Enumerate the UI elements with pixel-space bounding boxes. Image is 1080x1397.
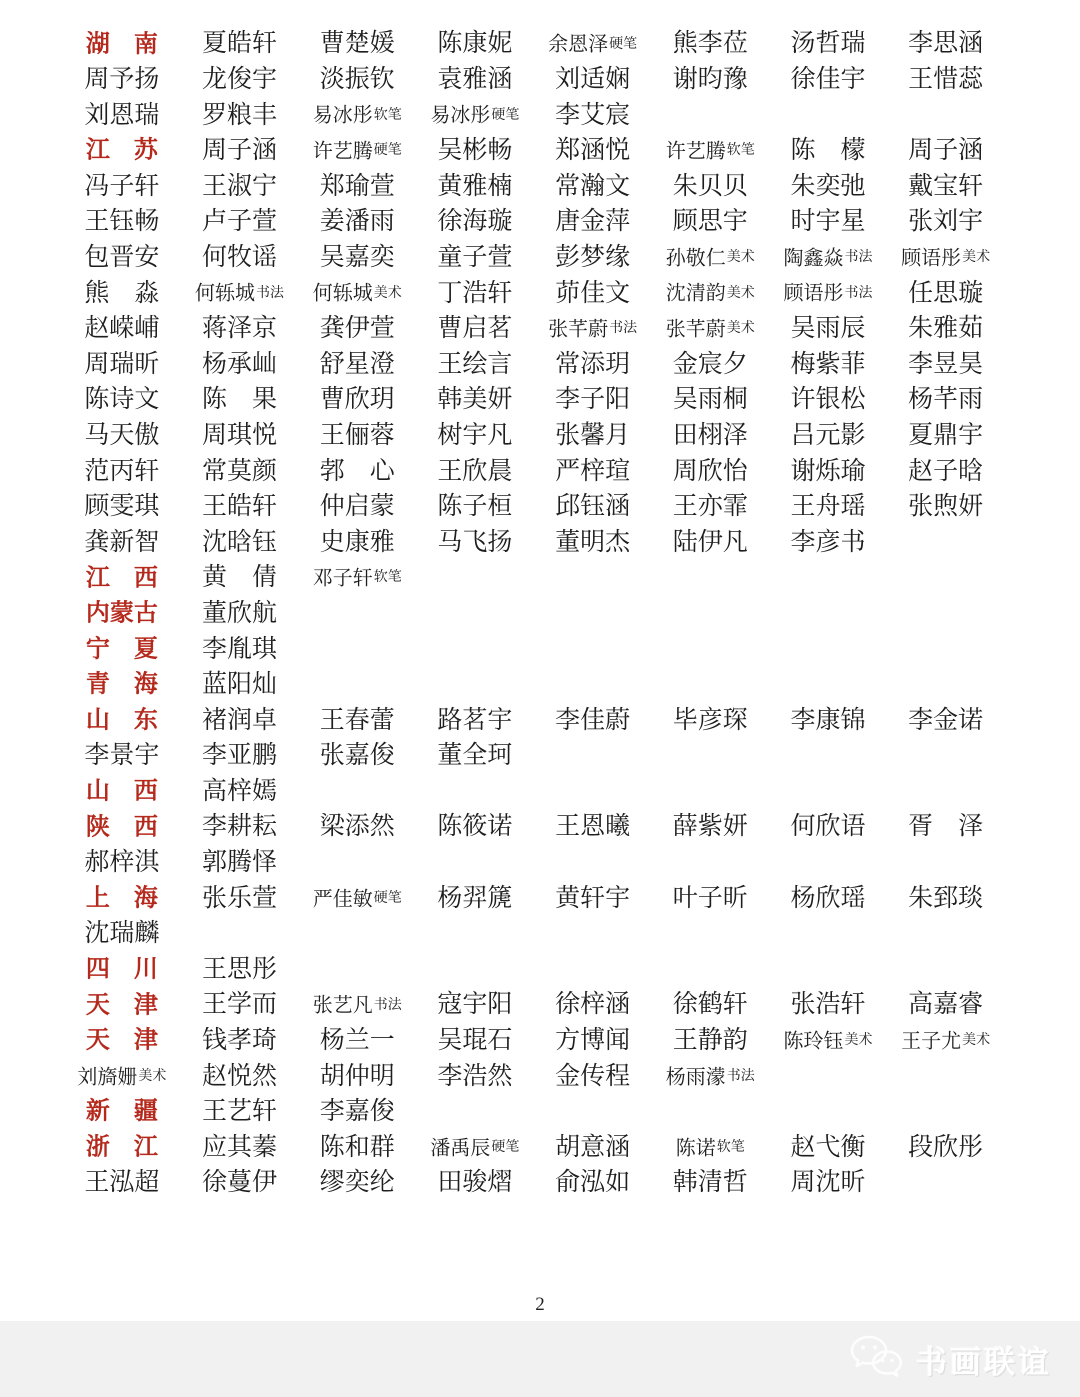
watermark: 书画联谊 <box>848 1334 1052 1385</box>
name-text: 曹欣玥 <box>320 386 395 413</box>
category-suffix: 美术 <box>726 286 755 301</box>
name-text: 赵子晗 <box>908 457 983 484</box>
roster-row: 宁 夏李胤琪 <box>63 630 1005 666</box>
name-text: 淡振钦 <box>320 66 395 93</box>
category-suffix: 书法 <box>726 1069 755 1084</box>
name-text: 易冰彤 <box>430 105 490 127</box>
name-text: 马飞扬 <box>437 528 512 555</box>
student-name: 陈 檬 <box>769 136 887 163</box>
student-name: 吴雨辰 <box>769 314 887 341</box>
document-page: 湖 南夏皓轩曹楚媛陈康妮余恩泽硬笔熊李莅汤哲瑞李思涵周予扬龙俊宇淡振钦袁雅涵刘适… <box>0 0 1080 1397</box>
student-name: 汤哲瑞 <box>769 29 887 56</box>
name-text: 袁雅涵 <box>437 66 512 93</box>
student-name: 应其蓁 <box>181 1133 299 1160</box>
student-name: 杨兰一 <box>298 1026 416 1053</box>
name-text: 茆佳文 <box>555 279 630 306</box>
student-name: 包晋安 <box>63 243 181 270</box>
roster-row: 江 苏周子涵许艺腾硬笔吴彬畅郑涵悦许艺腾软笔陈 檬周子涵 <box>63 132 1005 168</box>
student-name: 谢烁瑜 <box>769 457 887 484</box>
student-name: 茆佳文 <box>534 279 652 306</box>
student-name: 缪奕纶 <box>298 1168 416 1195</box>
roster-row: 湖 南夏皓轩曹楚媛陈康妮余恩泽硬笔熊李莅汤哲瑞李思涵 <box>63 25 1005 61</box>
student-name: 叶子昕 <box>651 884 769 911</box>
name-text: 常添玥 <box>555 351 630 378</box>
name-text: 黄雅楠 <box>437 173 512 200</box>
name-text: 王惜蕊 <box>908 66 983 93</box>
category-suffix: 书法 <box>843 286 872 301</box>
student-name: 陈诗文 <box>63 385 181 412</box>
category-suffix: 书法 <box>373 998 402 1013</box>
student-name: 何轹城书法 <box>181 279 299 304</box>
student-name: 毕彦琛 <box>651 706 769 733</box>
student-name: 杨芊雨 <box>887 385 1005 412</box>
roster-row: 包晋安何牧谣吴嘉奕童子萱彭梦缘孙敬仁美术陶鑫焱书法顾语彤美术 <box>63 239 1005 275</box>
student-name: 夏鼎宇 <box>887 421 1005 448</box>
name-text: 叶子昕 <box>673 884 748 911</box>
student-name: 周瑞昕 <box>63 350 181 377</box>
name-text: 罗粮丰 <box>202 101 277 128</box>
student-name: 王俪蓉 <box>298 421 416 448</box>
student-name: 董欣航 <box>181 599 299 626</box>
name-text: 王子尤 <box>901 1030 961 1052</box>
student-name: 王欣晨 <box>416 457 534 484</box>
student-name: 郑瑜萱 <box>298 172 416 199</box>
student-name: 许艺腾硬笔 <box>298 137 416 162</box>
student-name: 常添玥 <box>534 350 652 377</box>
student-name: 何欣语 <box>769 812 887 839</box>
student-name: 陈 果 <box>181 385 299 412</box>
roster-row: 陈诗文陈 果曹欣玥韩美妍李子阳吴雨桐许银松杨芊雨 <box>63 381 1005 417</box>
student-name: 余恩泽硬笔 <box>534 30 652 55</box>
province-label: 山 西 <box>63 777 181 803</box>
name-text: 王淑宁 <box>202 173 277 200</box>
name-text: 顾语彤 <box>901 247 961 269</box>
name-text: 韩清哲 <box>673 1169 748 1196</box>
student-name: 路茗宇 <box>416 706 534 733</box>
student-name: 徐鹤轩 <box>651 990 769 1017</box>
student-name: 李景宇 <box>63 741 181 768</box>
name-text: 何轹城 <box>195 283 255 305</box>
name-text: 孙敬仁 <box>666 247 726 269</box>
name-text: 陆伊凡 <box>673 528 748 555</box>
name-text: 天 津 <box>86 1027 158 1054</box>
name-text: 郝梓淇 <box>84 849 159 876</box>
student-name: 李亚鹏 <box>181 741 299 768</box>
student-name: 高嘉睿 <box>887 990 1005 1017</box>
name-text: 刘恩瑞 <box>84 101 159 128</box>
student-name: 黄雅楠 <box>416 172 534 199</box>
name-text: 朱郅琰 <box>908 884 983 911</box>
name-text: 陈诺 <box>676 1137 716 1159</box>
student-name: 谢昀豫 <box>651 65 769 92</box>
name-text: 王春蕾 <box>320 706 395 733</box>
name-text: 内蒙古 <box>86 599 158 626</box>
student-name: 许艺腾软笔 <box>651 137 769 162</box>
name-text: 钱孝琦 <box>202 1027 277 1054</box>
student-name: 王学而 <box>181 990 299 1017</box>
student-name: 王皓轩 <box>181 492 299 519</box>
name-text: 胡仲明 <box>320 1062 395 1089</box>
student-name: 朱贝贝 <box>651 172 769 199</box>
name-text: 常瀚文 <box>555 173 630 200</box>
roster-row: 天 津王学而张艺凡书法寇宇阳徐梓涵徐鹤轩张浩轩高嘉睿 <box>63 986 1005 1022</box>
name-text: 方博闻 <box>555 1027 630 1054</box>
name-text: 夏皓轩 <box>202 30 277 57</box>
name-text: 李佳蔚 <box>555 706 630 733</box>
student-name: 周予扬 <box>63 65 181 92</box>
student-name: 仲启蒙 <box>298 492 416 519</box>
name-text: 王学而 <box>202 991 277 1018</box>
name-text: 董欣航 <box>202 600 277 627</box>
name-text: 张浩轩 <box>790 991 865 1018</box>
roster-row: 江 西黄 倩邓子轩软笔 <box>63 559 1005 595</box>
name-text: 沈晗钰 <box>202 528 277 555</box>
student-name: 梅紫菲 <box>769 350 887 377</box>
student-name: 马天傲 <box>63 421 181 448</box>
province-label: 天 津 <box>63 991 181 1017</box>
student-name: 杨羿篪 <box>416 884 534 911</box>
name-text: 李思涵 <box>908 30 983 57</box>
province-label: 天 津 <box>63 1026 181 1052</box>
name-text: 周子涵 <box>202 137 277 164</box>
name-text: 龚新智 <box>84 528 159 555</box>
name-text: 高嘉睿 <box>908 991 983 1018</box>
student-name: 史康雅 <box>298 528 416 555</box>
name-text: 易冰彤 <box>313 105 373 127</box>
name-text: 王亦霏 <box>673 493 748 520</box>
student-name: 徐蔓伊 <box>181 1168 299 1195</box>
name-text: 熊李莅 <box>673 30 748 57</box>
name-text: 吴雨辰 <box>790 315 865 342</box>
student-name: 董全珂 <box>416 741 534 768</box>
wechat-icon <box>848 1334 906 1385</box>
roster-row: 王泓超徐蔓伊缪奕纶田骏熠俞泓如韩清哲周沈昕 <box>63 1164 1005 1200</box>
name-text: 许艺腾 <box>666 140 726 162</box>
name-text: 上 海 <box>86 884 158 911</box>
student-name: 段欣彤 <box>887 1133 1005 1160</box>
student-name: 李艾宸 <box>534 101 652 128</box>
name-text: 胥 泽 <box>908 813 983 840</box>
name-text: 浙 江 <box>86 1133 158 1160</box>
name-text: 王钰畅 <box>84 208 159 235</box>
student-name: 戴宝轩 <box>887 172 1005 199</box>
province-label: 湖 南 <box>63 30 181 56</box>
student-name: 王静韵 <box>651 1026 769 1053</box>
name-text: 顾雯琪 <box>84 493 159 520</box>
name-text: 高梓嫣 <box>202 778 277 805</box>
student-name: 何牧谣 <box>181 243 299 270</box>
student-name: 田栩泽 <box>651 421 769 448</box>
name-text: 常莫颜 <box>202 457 277 484</box>
name-text: 张芊蔚 <box>666 318 726 340</box>
name-text: 时宇星 <box>790 208 865 235</box>
name-text: 杨承屾 <box>202 351 277 378</box>
name-text: 刘适娴 <box>555 66 630 93</box>
student-name: 陈和群 <box>298 1133 416 1160</box>
student-name: 刘恩瑞 <box>63 101 181 128</box>
student-name: 金传程 <box>534 1062 652 1089</box>
student-name: 张芊蔚书法 <box>534 315 652 340</box>
name-text: 夏鼎宇 <box>908 422 983 449</box>
student-name: 李子阳 <box>534 385 652 412</box>
student-name: 彭梦缘 <box>534 243 652 270</box>
name-text: 徐梓涵 <box>555 991 630 1018</box>
student-name: 杨承屾 <box>181 350 299 377</box>
student-name: 王惜蕊 <box>887 65 1005 92</box>
roster-row: 顾雯琪王皓轩仲启蒙陈子桓邱钰涵王亦霏王舟瑶张煦妍 <box>63 488 1005 524</box>
name-text: 何欣语 <box>790 813 865 840</box>
name-text: 童子萱 <box>437 244 512 271</box>
name-text: 朱奕弛 <box>790 173 865 200</box>
student-name: 何轹城美术 <box>298 279 416 304</box>
student-name: 王亦霏 <box>651 492 769 519</box>
roster-row: 周予扬龙俊宇淡振钦袁雅涵刘适娴谢昀豫徐佳宇王惜蕊 <box>63 61 1005 97</box>
student-name: 朱奕弛 <box>769 172 887 199</box>
name-text: 戴宝轩 <box>908 173 983 200</box>
name-text: 许银松 <box>790 386 865 413</box>
student-name: 张馨月 <box>534 421 652 448</box>
name-text: 薛紫妍 <box>673 813 748 840</box>
name-text: 谢昀豫 <box>673 66 748 93</box>
name-text: 龙俊宇 <box>202 66 277 93</box>
student-name: 许银松 <box>769 385 887 412</box>
roster-row: 青 海蓝阳灿 <box>63 666 1005 702</box>
student-name: 徐海璇 <box>416 207 534 234</box>
name-text: 谢烁瑜 <box>790 457 865 484</box>
name-text: 天 津 <box>86 991 158 1018</box>
category-suffix: 硬笔 <box>373 891 402 906</box>
name-text: 沈清韵 <box>666 283 726 305</box>
student-name: 王思彤 <box>181 955 299 982</box>
name-text: 严梓瑄 <box>555 457 630 484</box>
student-name: 李金诺 <box>887 706 1005 733</box>
name-text: 朱贝贝 <box>673 173 748 200</box>
name-text: 郭腾怿 <box>202 849 277 876</box>
student-name: 褚润卓 <box>181 706 299 733</box>
student-name: 严佳敏硬笔 <box>298 885 416 910</box>
province-label: 青 海 <box>63 670 181 696</box>
roster-row: 马天傲周琪悦王俪蓉树宇凡张馨月田栩泽吕元影夏鼎宇 <box>63 417 1005 453</box>
name-text: 郑涵悦 <box>555 137 630 164</box>
name-text: 陕 西 <box>86 813 158 840</box>
name-text: 严佳敏 <box>313 888 373 910</box>
student-name: 张乐萱 <box>181 884 299 911</box>
name-text: 江 苏 <box>86 137 158 164</box>
roster-row: 陕 西李耕耘梁添然陈筱诺王恩曦薛紫妍何欣语胥 泽 <box>63 808 1005 844</box>
category-suffix: 软笔 <box>373 570 402 585</box>
roster-row: 新 疆王艺轩李嘉俊 <box>63 1093 1005 1129</box>
name-text: 史康雅 <box>320 528 395 555</box>
name-text: 曹楚媛 <box>320 30 395 57</box>
name-text: 吴彬畅 <box>437 137 512 164</box>
roster-row: 周瑞昕杨承屾舒星澄王绘言常添玥金宸夕梅紫菲李昱昊 <box>63 345 1005 381</box>
roster-row: 沈瑞麟 <box>63 915 1005 951</box>
province-label: 新 疆 <box>63 1097 181 1123</box>
footer-bar: 书画联谊 <box>0 1321 1080 1397</box>
name-text: 卢子萱 <box>202 208 277 235</box>
province-label: 四 川 <box>63 955 181 981</box>
roster-row: 刘恩瑞罗粮丰易冰彤软笔易冰彤硬笔李艾宸 <box>63 96 1005 132</box>
name-text: 许艺腾 <box>313 140 373 162</box>
student-name: 韩美妍 <box>416 385 534 412</box>
name-text: 毕彦琛 <box>673 706 748 733</box>
student-name: 郣 心 <box>298 457 416 484</box>
watermark-text: 书画联谊 <box>916 1337 1052 1382</box>
name-text: 邱钰涵 <box>555 493 630 520</box>
name-text: 任思璇 <box>908 279 983 306</box>
roster-row: 四 川王思彤 <box>63 950 1005 986</box>
student-name: 陈康妮 <box>416 29 534 56</box>
name-text: 张煦妍 <box>908 493 983 520</box>
student-name: 刘旖姗美术 <box>63 1063 181 1088</box>
name-text: 韩美妍 <box>437 386 512 413</box>
student-name: 沈清韵美术 <box>651 279 769 304</box>
name-text: 仲启蒙 <box>320 493 395 520</box>
student-name: 周子涵 <box>181 136 299 163</box>
name-text: 李康锦 <box>790 706 865 733</box>
roster-row: 内蒙古董欣航 <box>63 595 1005 631</box>
category-suffix: 硬笔 <box>490 108 519 123</box>
student-name: 张煦妍 <box>887 492 1005 519</box>
name-text: 赵悦然 <box>202 1062 277 1089</box>
name-text: 王皓轩 <box>202 493 277 520</box>
student-name: 李耕耘 <box>181 812 299 839</box>
category-suffix: 美术 <box>961 250 990 265</box>
name-text: 梅紫菲 <box>790 351 865 378</box>
name-text: 姜潘雨 <box>320 208 395 235</box>
student-name: 李浩然 <box>416 1062 534 1089</box>
category-suffix: 美术 <box>137 1069 166 1084</box>
name-text: 熊 淼 <box>84 279 159 306</box>
student-name: 马飞扬 <box>416 528 534 555</box>
student-name: 张嘉俊 <box>298 741 416 768</box>
name-text: 杨芊雨 <box>908 386 983 413</box>
name-text: 丁浩轩 <box>437 279 512 306</box>
name-text: 吴嘉奕 <box>320 244 395 271</box>
name-text: 曹启茗 <box>437 315 512 342</box>
name-text: 陈子桓 <box>437 493 512 520</box>
student-name: 范丙轩 <box>63 457 181 484</box>
province-label: 江 苏 <box>63 136 181 162</box>
name-text: 山 东 <box>86 706 158 733</box>
student-name: 胥 泽 <box>887 812 1005 839</box>
student-name: 周子涵 <box>887 136 1005 163</box>
name-text: 李昱昊 <box>908 351 983 378</box>
student-name: 刘适娴 <box>534 65 652 92</box>
student-name: 俞泓如 <box>534 1168 652 1195</box>
name-text: 杨欣瑶 <box>790 884 865 911</box>
student-name: 蓝阳灿 <box>181 670 299 697</box>
name-text: 田栩泽 <box>673 422 748 449</box>
name-text: 陶鑫焱 <box>783 247 843 269</box>
name-text: 郑瑜萱 <box>320 173 395 200</box>
name-text: 路茗宇 <box>437 706 512 733</box>
name-text: 何轹城 <box>313 283 373 305</box>
student-name: 陈筱诺 <box>416 812 534 839</box>
name-text: 湖 南 <box>86 30 158 57</box>
name-text: 吴雨桐 <box>673 386 748 413</box>
name-text: 蒋泽京 <box>202 315 277 342</box>
student-name: 罗粮丰 <box>181 101 299 128</box>
student-name: 李思涵 <box>887 29 1005 56</box>
student-name: 吴彬畅 <box>416 136 534 163</box>
student-name: 方博闻 <box>534 1026 652 1053</box>
name-text: 陈和群 <box>320 1134 395 1161</box>
name-text: 王恩曦 <box>555 813 630 840</box>
name-text: 赵弋衡 <box>790 1134 865 1161</box>
student-name: 陆伊凡 <box>651 528 769 555</box>
student-name: 李彦书 <box>769 528 887 555</box>
roster-row: 王钰畅卢子萱姜潘雨徐海璇唐金萍顾思宇时宇星张刘宇 <box>63 203 1005 239</box>
name-text: 刘旖姗 <box>77 1066 137 1088</box>
student-name: 树宇凡 <box>416 421 534 448</box>
name-text: 龚伊萱 <box>320 315 395 342</box>
student-name: 顾语彤书法 <box>769 279 887 304</box>
student-name: 李嘉俊 <box>298 1097 416 1124</box>
student-name: 周琪悦 <box>181 421 299 448</box>
name-text: 徐佳宇 <box>790 66 865 93</box>
name-text: 顾思宇 <box>673 208 748 235</box>
student-name: 张艺凡书法 <box>298 991 416 1016</box>
student-name: 郝梓淇 <box>63 848 181 875</box>
student-name: 胡仲明 <box>298 1062 416 1089</box>
name-text: 李亚鹏 <box>202 742 277 769</box>
name-text: 王静韵 <box>673 1027 748 1054</box>
name-text: 汤哲瑞 <box>790 30 865 57</box>
name-text: 陈康妮 <box>437 30 512 57</box>
province-label: 上 海 <box>63 884 181 910</box>
student-name: 黄 倩 <box>181 563 299 590</box>
category-suffix: 美术 <box>961 1033 990 1048</box>
student-name: 易冰彤软笔 <box>298 101 416 126</box>
student-name: 唐金萍 <box>534 207 652 234</box>
name-text: 树宇凡 <box>437 422 512 449</box>
student-name: 胡意涵 <box>534 1133 652 1160</box>
student-name: 韩清哲 <box>651 1168 769 1195</box>
province-label: 浙 江 <box>63 1133 181 1159</box>
roster-row: 山 西高梓嫣 <box>63 772 1005 808</box>
name-text: 黄轩宇 <box>555 884 630 911</box>
name-text: 李金诺 <box>908 706 983 733</box>
name-text: 张乐萱 <box>202 884 277 911</box>
name-text: 王艺轩 <box>202 1098 277 1125</box>
name-text: 范丙轩 <box>84 457 159 484</box>
name-text: 彭梦缘 <box>555 244 630 271</box>
student-name: 赵嵘峬 <box>63 314 181 341</box>
student-name: 袁雅涵 <box>416 65 534 92</box>
student-name: 曹启茗 <box>416 314 534 341</box>
name-text: 王舟瑶 <box>790 493 865 520</box>
name-text: 江 西 <box>86 564 158 591</box>
student-name: 王泓超 <box>63 1168 181 1195</box>
name-text: 周子涵 <box>908 137 983 164</box>
roster-row: 范丙轩常莫颜郣 心王欣晨严梓瑄周欣怡谢烁瑜赵子晗 <box>63 452 1005 488</box>
roster-row: 天 津钱孝琦杨兰一吴琨石方博闻王静韵陈玲钰美术王子尤美术 <box>63 1022 1005 1058</box>
category-suffix: 硬笔 <box>608 37 637 52</box>
name-text: 陈诗文 <box>84 386 159 413</box>
name-text: 青 海 <box>86 671 158 698</box>
student-name: 金宸夕 <box>651 350 769 377</box>
roster-row: 郝梓淇郭腾怿 <box>63 844 1005 880</box>
student-name: 龚新智 <box>63 528 181 555</box>
name-text: 舒星澄 <box>320 351 395 378</box>
name-text: 李耕耘 <box>202 813 277 840</box>
student-name: 王舟瑶 <box>769 492 887 519</box>
student-name: 童子萱 <box>416 243 534 270</box>
student-name: 熊李莅 <box>651 29 769 56</box>
name-text: 李浩然 <box>437 1062 512 1089</box>
name-text: 新 疆 <box>86 1098 158 1125</box>
